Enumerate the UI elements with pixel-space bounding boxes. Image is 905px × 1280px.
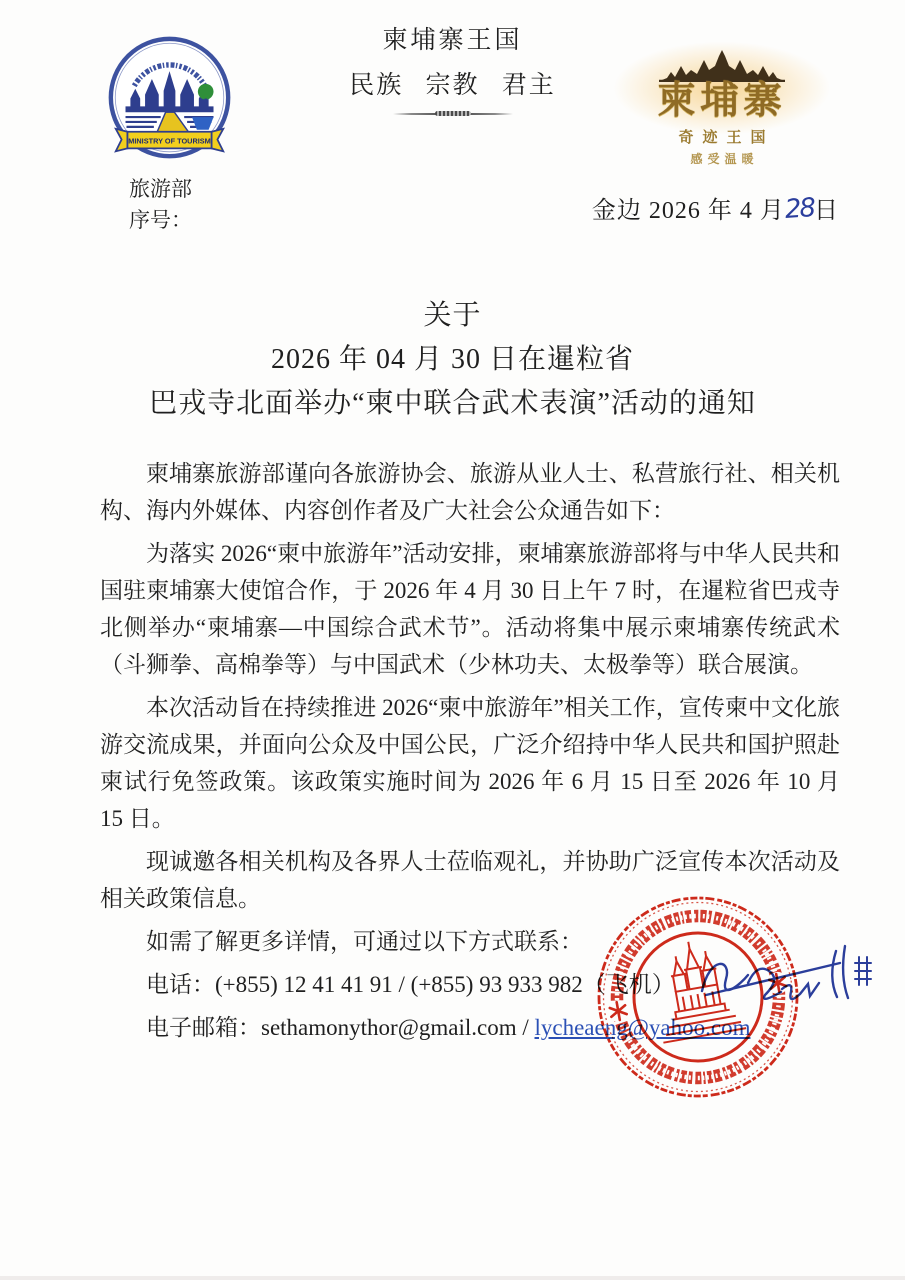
email-address-1: sethamonythor@gmail.com xyxy=(261,1015,517,1040)
divider-knot xyxy=(435,111,471,116)
date-suffix: 日 xyxy=(814,198,839,224)
paragraph-3: 本次活动旨在持续推进 2026“柬中旅游年”相关工作，宣传柬中文化旅游交流成果，… xyxy=(100,689,840,837)
cambodia-kingdom-of-wonder-logo: 柬埔寨 奇迹王国 感受温暖 xyxy=(620,48,824,170)
logo-wordmark: 柬埔寨 xyxy=(620,82,824,122)
title-line-1: 关于 xyxy=(0,294,905,338)
email-separator: / xyxy=(517,1015,535,1040)
serial-number-label: 序号： xyxy=(129,205,192,236)
ribbon-text: MINISTRY OF TOURISM xyxy=(128,136,211,145)
dateline: 金边 2026 年 4 月28日 xyxy=(592,190,839,225)
angkor-towers-icon xyxy=(657,48,787,82)
handwritten-signature xyxy=(688,933,883,1031)
tree-icon xyxy=(198,84,214,100)
place-and-date: 金边 2026 年 4 月 xyxy=(592,198,785,224)
email-label: 电子邮箱： xyxy=(146,1015,261,1040)
logo-subtitle: 奇迹王国 xyxy=(620,126,824,147)
ministry-of-tourism-seal-icon: MINISTRY OF TOURISM xyxy=(104,33,236,165)
document-title: 关于 2026 年 04 月 30 日在暹粒省 巴戎寺北面举办“柬中联合武术表演… xyxy=(0,294,905,426)
sender-block: 旅游部 序号： xyxy=(129,174,192,236)
phone-label: 电话： xyxy=(146,972,215,997)
handwritten-day: 28 xyxy=(784,193,815,225)
ministry-name: 旅游部 xyxy=(129,174,192,205)
ornamental-divider xyxy=(393,110,513,117)
official-letter-page: 柬埔寨王国 民族 宗教 君主 MINISTRY OF TOUR xyxy=(0,0,905,1280)
logo-tagline: 感受温暖 xyxy=(620,150,824,167)
paragraph-1: 柬埔寨旅游部谨向各旅游协会、旅游从业人士、私营旅行社、相关机构、海内外媒体、内容… xyxy=(100,455,840,529)
title-line-3: 巴戎寺北面举办“柬中联合武术表演”活动的通知 xyxy=(0,382,905,426)
ribbon-banner: MINISTRY OF TOURISM xyxy=(116,129,224,151)
paragraph-2: 为落实 2026“柬中旅游年”活动安排，柬埔寨旅游部将与中华人民共和国驻柬埔寨大… xyxy=(100,535,840,683)
title-line-2: 2026 年 04 月 30 日在暹粒省 xyxy=(0,338,905,382)
